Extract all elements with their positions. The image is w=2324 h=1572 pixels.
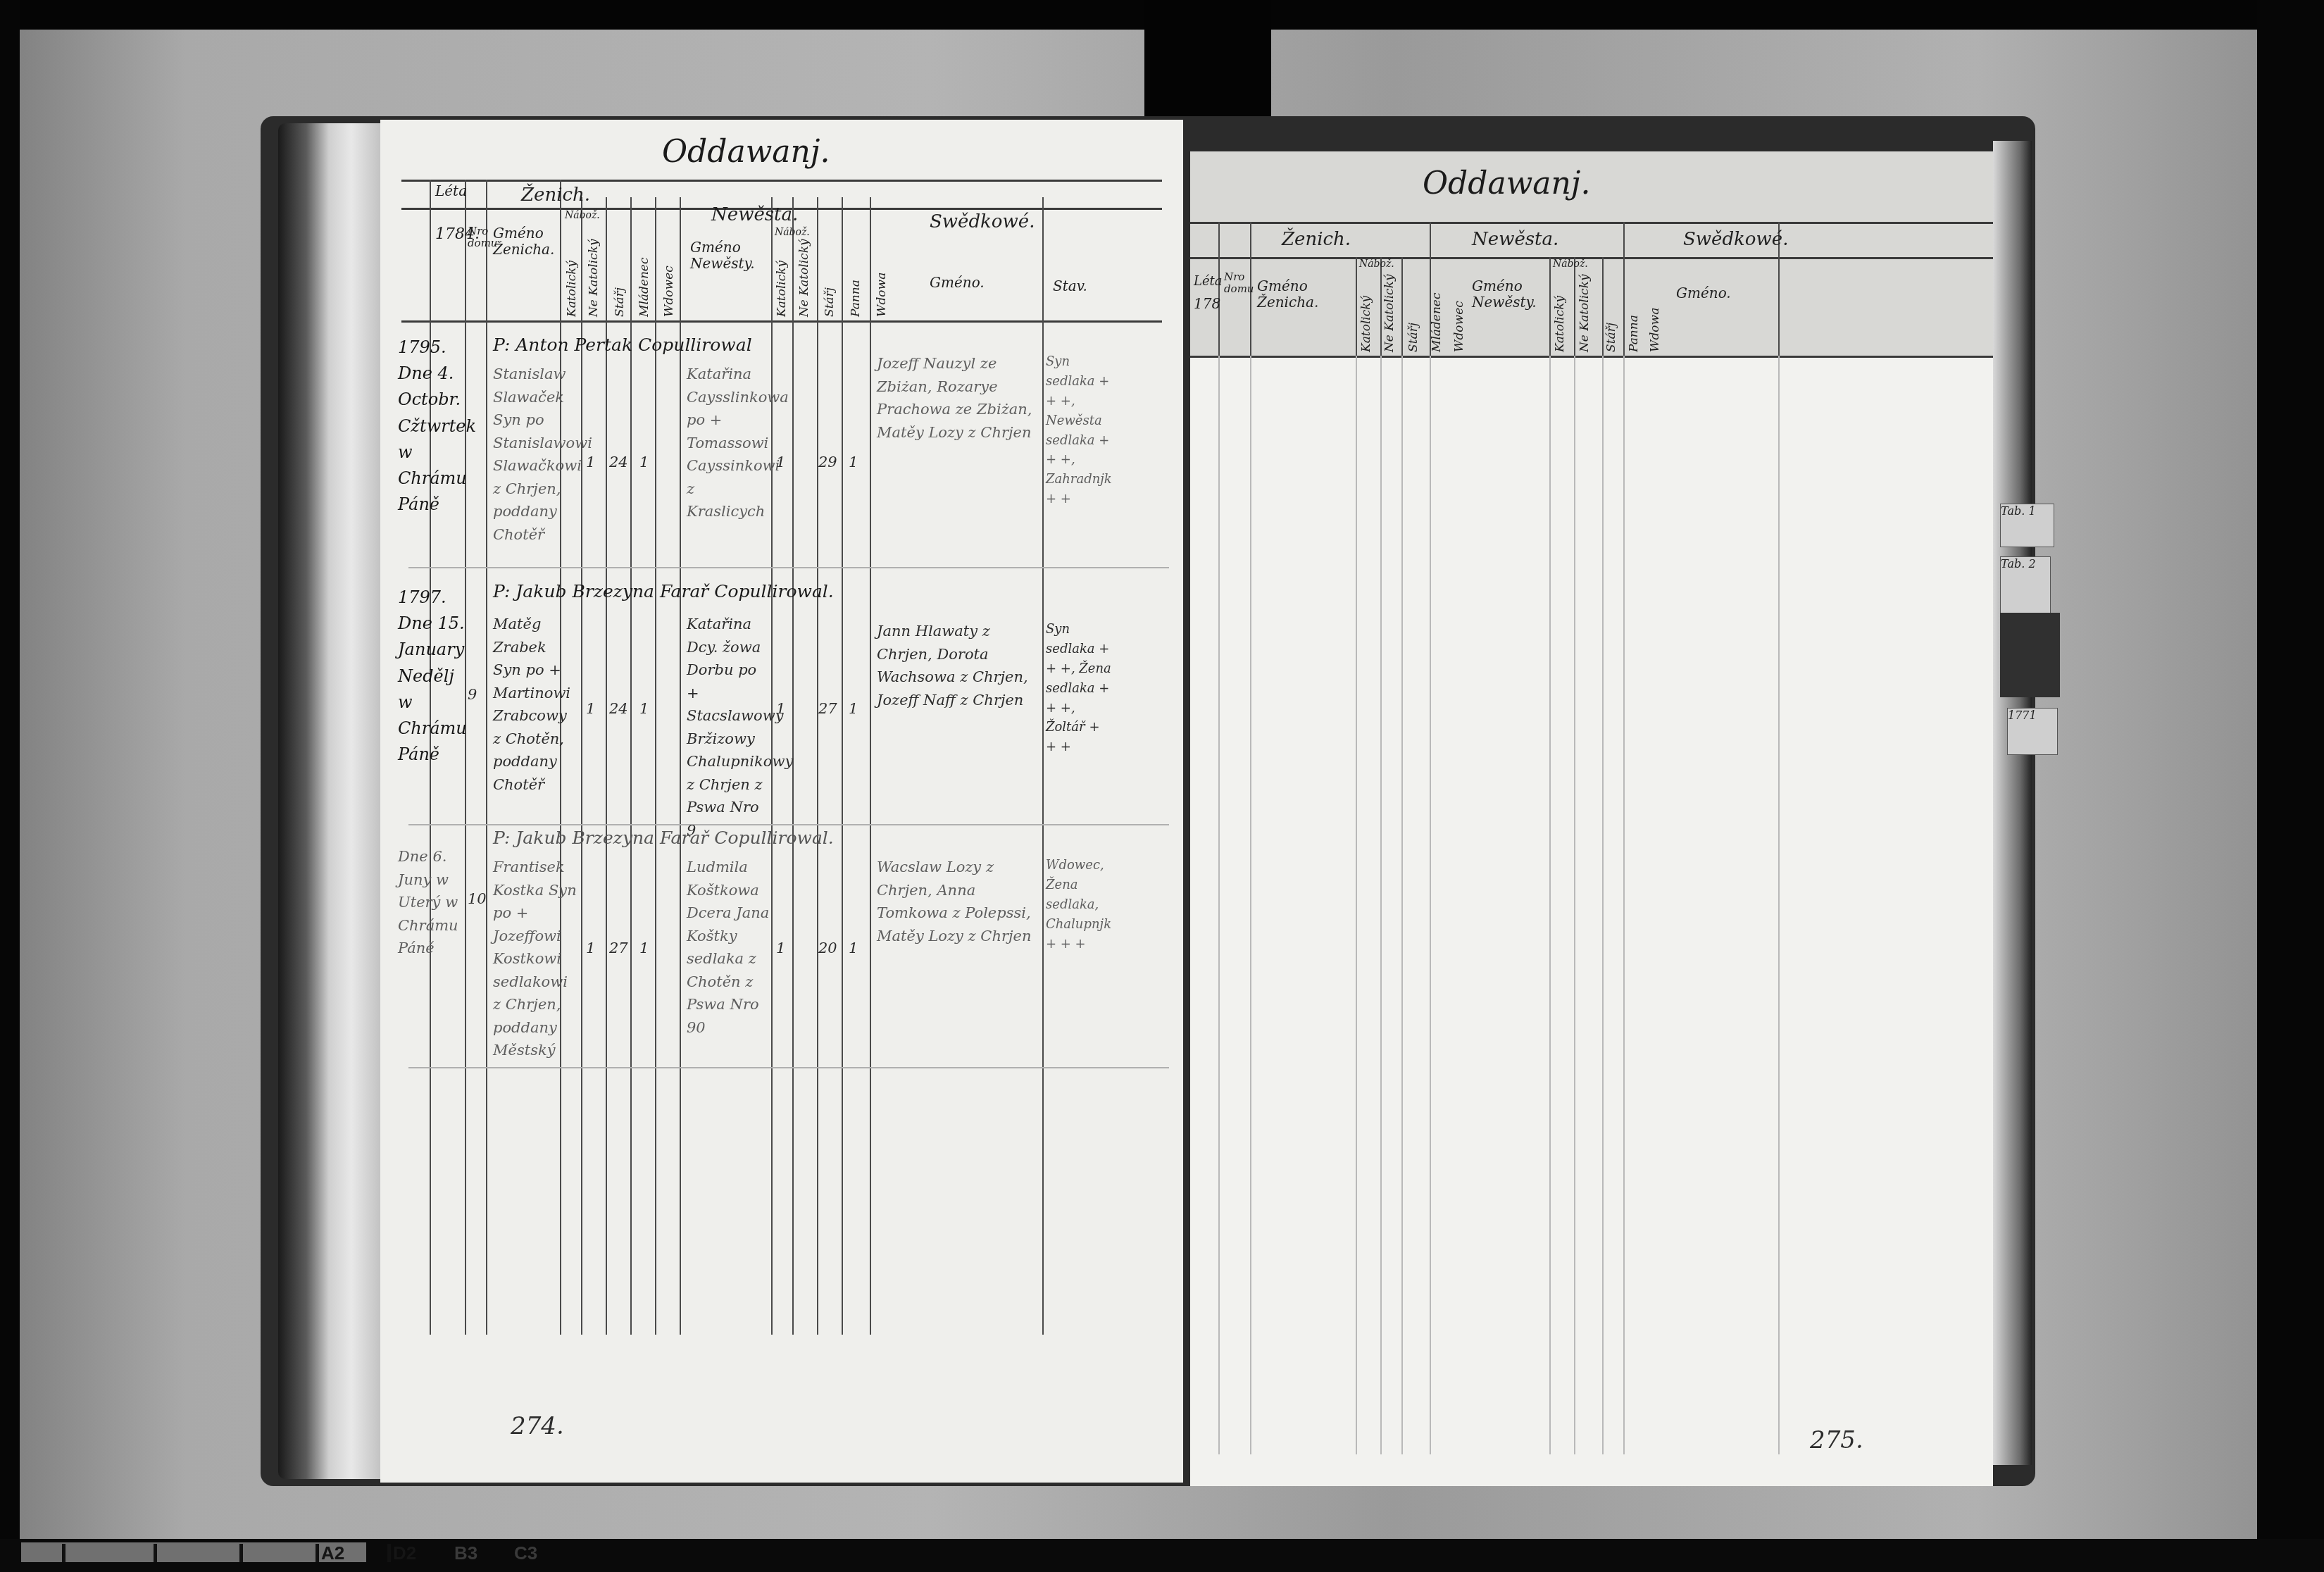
- header-groom-group: Ženich.: [521, 185, 590, 206]
- header-bride-group: Newěsta.: [1472, 229, 1558, 250]
- page-title: Oddawanj.: [662, 134, 830, 170]
- header-house-number: Nro domu: [1224, 271, 1249, 296]
- film-marker: C3: [514, 1542, 537, 1564]
- film-tick: [239, 1544, 243, 1562]
- entry-bride: Katařina Dcy. žowa Dorbu po + Stacslawow…: [687, 613, 771, 842]
- header-bachelor: Mládenec: [637, 225, 651, 317]
- entry-bride-catholic-mark: 1: [776, 937, 785, 960]
- column-divider: [842, 197, 843, 1335]
- header-bottom-rule: [401, 320, 1162, 323]
- column-divider: [1549, 257, 1551, 356]
- column-guide: [1623, 356, 1625, 1454]
- entry-witness-status: Syn sedlaka + + +, Žena sedlaka + + +, Ž…: [1046, 620, 1113, 757]
- film-strip-band: [21, 1542, 366, 1562]
- header-bride-catholic: Katolický: [775, 243, 789, 317]
- entry-bride-maiden-mark: 1: [849, 451, 858, 474]
- margin-tab: Tab. 2: [2000, 556, 2051, 614]
- film-tick: [316, 1544, 319, 1562]
- header-groom-name: Gméno Ženicha.: [1257, 278, 1349, 311]
- header-bride-group: Newěsta.: [711, 204, 798, 225]
- film-marker: A2: [321, 1542, 344, 1564]
- column-divider: [1623, 222, 1625, 356]
- entry-bride: Katařina Caysslinkowa po + Tomassowi Cay…: [687, 363, 771, 523]
- header-bride-non-catholic: Ne Katolický: [797, 243, 811, 317]
- page-number: 275.: [1810, 1426, 1863, 1454]
- column-divider: [630, 197, 632, 1335]
- right-page: Oddawanj. Léta 178 Nro domu Ženich. Gmén…: [1190, 151, 1993, 1486]
- entry-date: 1795. Dne 4. Octobr. Cžtwrtek w Chrámu P…: [398, 335, 468, 518]
- torn-leaf: [2000, 613, 2060, 697]
- header-catholic: Katolický: [565, 225, 579, 317]
- entry-witness-status: Syn sedlaka + + +, Newěsta sedlaka + + +…: [1046, 352, 1113, 509]
- column-divider: [1380, 257, 1382, 356]
- header-non-catholic: Ne Katolický: [587, 225, 601, 317]
- header-top-rule: [401, 180, 1162, 182]
- header-groom-group: Ženich.: [1282, 229, 1351, 250]
- column-divider: [486, 180, 487, 1335]
- margin-tab: 1771: [2007, 708, 2058, 755]
- column-divider: [870, 197, 871, 1335]
- header-bride-catholic: Katolický: [1553, 275, 1567, 352]
- column-guide: [1250, 356, 1251, 1454]
- header-groom-name: Gméno Ženicha.: [493, 225, 556, 258]
- entry-date: 1797. Dne 15. January Nedělj w Chrámu Pá…: [398, 585, 468, 768]
- entry-groom-catholic-mark: 1: [586, 937, 595, 960]
- header-bride-name: Gméno Newěsty.: [690, 239, 768, 272]
- header-widower: Wdowec: [662, 225, 676, 317]
- entry-bride-age: 27: [818, 697, 837, 720]
- column-divider: [1602, 257, 1604, 356]
- entry-officiant: P: Jakub Brzezyna Farař Copullirowal.: [493, 581, 834, 601]
- entry-groom: Stanislaw Slawaček Syn po Stanislawowi S…: [493, 363, 577, 546]
- header-witness-status: Stav.: [1053, 278, 1087, 294]
- entry-groom-catholic-mark: 1: [586, 451, 595, 474]
- column-divider: [581, 197, 582, 1335]
- entry-officiant: P: Anton Pertak Copullirowal: [493, 335, 752, 355]
- page-title: Oddawanj.: [1423, 166, 1591, 201]
- header-witnesses-group: Swědkowé.: [930, 211, 1035, 232]
- entry-groom-bachelor-mark: 1: [639, 451, 649, 474]
- column-guide: [1430, 356, 1431, 1454]
- entry-bride-catholic-mark: 1: [776, 697, 785, 720]
- book-fore-edge-left: [278, 123, 391, 1479]
- entry-witnesses: Jozeff Nauzyl ze Zbiżan, Rozarye Prachow…: [877, 352, 1039, 444]
- entry-groom-age: 27: [609, 937, 628, 960]
- entry-groom: Frantisek Kostka Syn po + Jozeffowi Kost…: [493, 856, 577, 1062]
- column-guide: [1574, 356, 1575, 1454]
- entry-groom-age: 24: [609, 451, 628, 474]
- header-bride-religion-group: Nábož.: [1553, 258, 1588, 270]
- header-year-label: Léta: [435, 183, 467, 199]
- header-bride-non-catholic: Ne Katolický: [1578, 275, 1592, 352]
- entry-groom-bachelor-mark: 1: [639, 937, 649, 960]
- column-divider: [655, 197, 656, 1335]
- film-tick: [154, 1544, 157, 1562]
- column-guide: [1356, 356, 1357, 1454]
- header-widower: Wdowec: [1452, 275, 1466, 352]
- page-number: 274.: [511, 1412, 564, 1440]
- entry-groom-bachelor-mark: 1: [639, 697, 649, 720]
- header-year-label: Léta: [1194, 275, 1223, 289]
- column-divider: [1356, 257, 1357, 356]
- header-catholic: Katolický: [1359, 275, 1373, 352]
- margin-tab: Tab. 1: [2000, 504, 2054, 547]
- entry-witnesses: Wacslaw Lozy z Chrjen, Anna Tomkowa z Po…: [877, 856, 1039, 947]
- header-age: Stářj: [1406, 275, 1420, 352]
- entry-separator: [408, 567, 1169, 568]
- header-maiden: Panna: [1627, 275, 1641, 352]
- entry-bride-catholic-mark: 1: [776, 451, 785, 474]
- entry-house-number: 9: [468, 683, 477, 706]
- book-fore-edge-right: [1993, 141, 2032, 1465]
- column-divider: [1574, 257, 1575, 356]
- entry-separator: [408, 824, 1169, 825]
- header-widow: Wdowa: [875, 243, 889, 317]
- header-religion-group: Nábož.: [1359, 258, 1394, 270]
- entry-bride-age: 29: [818, 451, 837, 474]
- header-bride-age: Stářj: [1604, 275, 1618, 352]
- entry-bride-maiden-mark: 1: [849, 937, 858, 960]
- entry-officiant: P: Jakub Brzezyna Farař Copullirowal.: [493, 828, 834, 848]
- header-witness-name: Gméno.: [1676, 285, 1731, 301]
- header-mid-rule: [1190, 257, 1993, 259]
- entry-witness-status: Wdowec, Žena sedlaka, Chalupnjk + + +: [1046, 856, 1113, 954]
- header-bottom-rule: [1190, 356, 1993, 358]
- column-divider: [1401, 257, 1403, 356]
- left-page: Oddawanj. Léta 1784. Nro domu Ženich. Gm…: [380, 120, 1183, 1483]
- film-marker: D2: [393, 1542, 416, 1564]
- column-guide: [1778, 356, 1780, 1454]
- entry-groom: Matěg Zrabek Syn po + Martinowi Zrabcowy…: [493, 613, 577, 796]
- header-bride-age: Stářj: [823, 243, 837, 317]
- entry-groom-age: 24: [609, 697, 628, 720]
- header-maiden: Panna: [849, 243, 863, 317]
- film-tick: [387, 1544, 391, 1562]
- header-non-catholic: Ne Katolický: [1382, 275, 1397, 352]
- header-house-number: Nro domu: [468, 225, 486, 250]
- column-divider: [680, 197, 681, 1335]
- film-marker: B3: [454, 1542, 477, 1564]
- entry-groom-catholic-mark: 1: [586, 697, 595, 720]
- header-witness-name: Gméno.: [930, 275, 985, 291]
- header-witnesses-group: Swědkowé.: [1683, 229, 1788, 250]
- header-year-value: 178: [1194, 296, 1220, 312]
- entry-date: Dne 6. Juny w Uterý w Chrámu Páně: [398, 845, 468, 960]
- entry-bride-age: 20: [818, 937, 837, 960]
- column-guide: [1549, 356, 1551, 1454]
- entry-bride: Ludmila Koštkowa Dcera Jana Koštky sedla…: [687, 856, 771, 1039]
- header-top-rule: [1190, 222, 1993, 224]
- entry-separator: [408, 1067, 1169, 1068]
- header-band: [1190, 151, 1993, 356]
- column-guide: [1401, 356, 1403, 1454]
- header-bride-name: Gméno Newěsty.: [1472, 278, 1546, 311]
- film-tick: [62, 1544, 65, 1562]
- column-guide: [1218, 356, 1220, 1454]
- film-edge-left: [0, 0, 20, 1572]
- entry-witnesses: Jann Hlawaty z Chrjen, Dorota Wachsowa z…: [877, 620, 1039, 711]
- header-widow: Wdowa: [1648, 275, 1662, 352]
- column-guide: [1380, 356, 1382, 1454]
- column-guide: [1602, 356, 1604, 1454]
- film-edge-right: [2257, 0, 2324, 1572]
- column-divider: [817, 197, 818, 1335]
- entry-bride-maiden-mark: 1: [849, 697, 858, 720]
- header-bachelor: Mládenec: [1430, 275, 1444, 352]
- column-divider: [606, 197, 607, 1335]
- entry-house-number: 10: [468, 887, 487, 911]
- column-divider: [1042, 197, 1044, 1335]
- header-bride-religion-group: Nábož.: [775, 227, 810, 238]
- header-religion-group: Nábož.: [565, 210, 600, 221]
- header-age: Stářj: [613, 225, 627, 317]
